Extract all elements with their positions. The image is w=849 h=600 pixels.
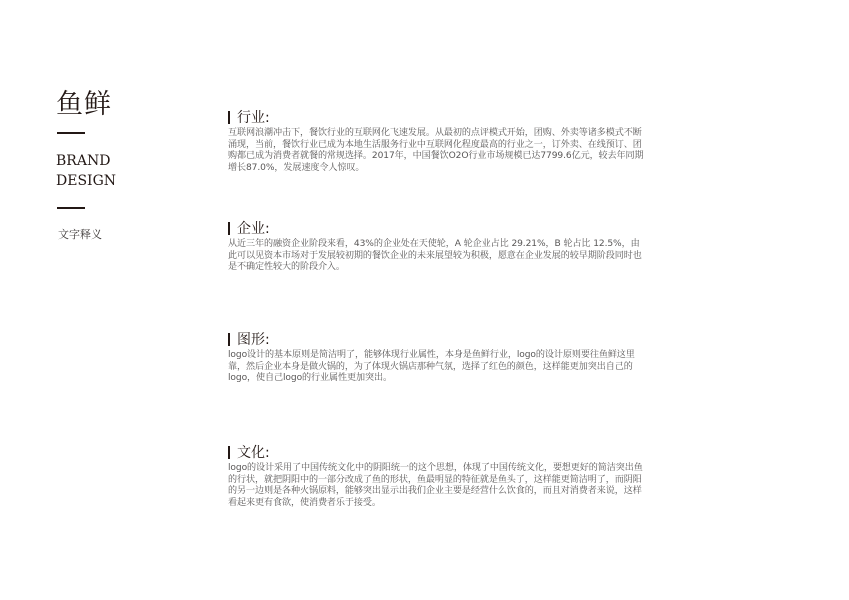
heading-bar-icon	[228, 111, 230, 124]
section-body: 互联网浪潮冲击下，餐饮行业的互联网化飞速发展。从最初的点评模式开始，团购、外卖等…	[228, 128, 648, 174]
section-company: 企业: 从近三年的融资企业阶段来看，43%的企业处在天使轮，A 轮企业占比 29…	[228, 219, 648, 274]
divider-bottom	[57, 207, 85, 209]
section-heading: 行业:	[228, 108, 648, 126]
heading-bar-icon	[228, 446, 230, 459]
brand-english-line1: BRAND	[56, 151, 116, 171]
section-heading-text: 图形:	[237, 329, 270, 349]
section-culture: 文化: logo的设计采用了中国传统文化中的阴阳统一的这个思想，体现了中国传统文…	[228, 443, 648, 509]
section-body: logo的设计采用了中国传统文化中的阴阳统一的这个思想，体现了中国传统文化，要想…	[228, 463, 648, 509]
divider-top	[57, 132, 85, 134]
section-industry: 行业: 互联网浪潮冲击下，餐饮行业的互联网化飞速发展。从最初的点评模式开始，团购…	[228, 108, 648, 174]
heading-bar-icon	[228, 333, 230, 346]
section-heading: 图形:	[228, 330, 648, 348]
section-heading-text: 行业:	[237, 107, 270, 127]
page-subtitle: 文字释义	[58, 226, 102, 242]
section-heading-text: 企业:	[237, 218, 270, 238]
section-heading: 文化:	[228, 443, 648, 461]
section-body: logo设计的基本原则是简洁明了，能够体现行业属性，本身是鱼鲜行业，logo的设…	[228, 350, 648, 385]
brand-english: BRAND DESIGN	[56, 151, 116, 191]
section-heading: 企业:	[228, 219, 648, 237]
section-heading-text: 文化:	[237, 442, 270, 462]
heading-bar-icon	[228, 222, 230, 235]
section-body: 从近三年的融资企业阶段来看，43%的企业处在天使轮，A 轮企业占比 29.21%…	[228, 239, 648, 274]
brand-title: 鱼鲜	[56, 82, 112, 121]
section-graphic: 图形: logo设计的基本原则是简洁明了，能够体现行业属性，本身是鱼鲜行业，lo…	[228, 330, 648, 385]
brand-english-line2: DESIGN	[56, 171, 116, 191]
